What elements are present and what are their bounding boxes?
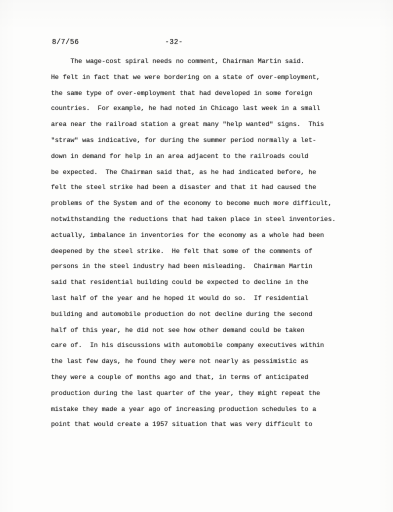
document-body: The wage-cost spiral needs no comment, C… <box>51 54 336 433</box>
text-line: last half of the year and he hoped it wo… <box>51 291 336 307</box>
text-line: He felt in fact that we were bordering o… <box>51 70 336 86</box>
text-line: countries. For example, he had noted in … <box>51 101 336 117</box>
text-line: half of this year, he did not see how ot… <box>51 323 336 339</box>
text-line: persons in the steel industry had been m… <box>51 259 336 275</box>
text-line: actually, imbalance in inventories for t… <box>51 228 336 244</box>
text-line: down in demand for help in an area adjac… <box>51 149 336 165</box>
text-line: "straw" was indicative, for during the s… <box>51 133 336 149</box>
text-line: the same type of over-employment that ha… <box>51 86 336 102</box>
date-label: 8/7/56 <box>52 39 79 47</box>
text-line: said that residential building could be … <box>51 275 336 291</box>
text-line: mistake they made a year ago of increasi… <box>51 402 336 418</box>
text-line: problems of the System and of the econom… <box>51 196 336 212</box>
text-line: care of. In his discussions with automob… <box>51 338 336 354</box>
text-line: The wage-cost spiral needs no comment, C… <box>51 54 336 70</box>
text-line: deepened by the steel strike. He felt th… <box>51 244 336 260</box>
text-line: the last few days, he found they were no… <box>51 354 336 370</box>
text-line: be expected. The Chairman said that, as … <box>51 165 336 181</box>
text-line: notwithstanding the reductions that had … <box>51 212 336 228</box>
text-line: production during the last quarter of th… <box>51 386 336 402</box>
page-number: -32- <box>165 39 183 47</box>
text-line: building and automobile production do no… <box>51 307 336 323</box>
text-line: area near the railroad station a great m… <box>51 117 336 133</box>
document-page: 8/7/56 -32- The wage-cost spiral needs n… <box>0 0 393 512</box>
text-line: they were a couple of months ago and tha… <box>51 370 336 386</box>
text-line: felt the steel strike had been a disaste… <box>51 180 336 196</box>
text-line: point that would create a 1957 situation… <box>51 417 336 433</box>
